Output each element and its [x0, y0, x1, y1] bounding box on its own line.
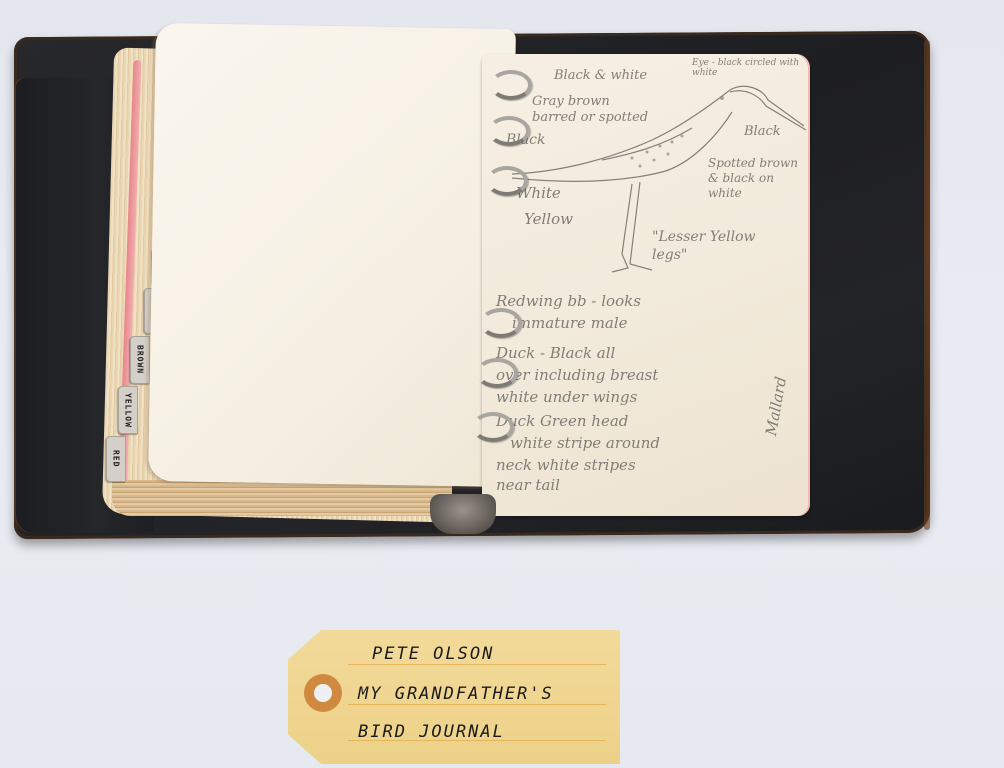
note-beak: Black	[744, 124, 781, 139]
journal-line: immature male	[512, 314, 628, 332]
journal-line: over including breast	[496, 366, 658, 384]
note-head: Black & white	[554, 68, 647, 83]
note-eye: Eye - black circled with white	[692, 58, 802, 78]
index-tab-yellow[interactable]: YELLOW	[118, 386, 138, 434]
paper-tag: PETE OLSON MY GRANDFATHER'S BIRD JOURNAL	[288, 630, 620, 764]
journal-line: neck white stripes	[496, 456, 636, 474]
cover-worn-edge	[924, 40, 930, 530]
tag-rule	[348, 664, 606, 665]
journal-line: near tail	[496, 476, 560, 494]
journal-line: white stripe around	[510, 434, 660, 452]
journal-line: Duck - Black all	[496, 344, 615, 362]
tag-rule	[348, 704, 606, 705]
tag-line-name: PETE OLSON	[372, 644, 494, 664]
binder-ring-icon	[472, 412, 514, 442]
journal-line: Redwing bb - looks	[496, 292, 641, 310]
note-legs: Yellow	[524, 210, 573, 228]
binder-ring-icon	[488, 116, 530, 146]
index-tab-brown[interactable]: BROWN	[130, 336, 150, 384]
journal-line: Duck Green head	[496, 412, 628, 430]
binder-ring-icon	[476, 358, 518, 388]
left-blank-page[interactable]	[148, 23, 516, 487]
metal-clasp	[430, 494, 496, 534]
tag-eyelet-icon	[304, 674, 342, 712]
index-tab-red[interactable]: RED	[106, 436, 126, 482]
note-back: Gray brown barred or spotted	[532, 94, 652, 126]
journal-line: white under wings	[496, 388, 637, 406]
tag-line-title: MY GRANDFATHER'S	[358, 684, 554, 704]
page-block-bottom	[112, 480, 452, 516]
note-breast: Spotted brown & black on white	[708, 156, 808, 201]
photo-scene: MISC NOTES BLK GREEN BROWN YELLOW RED Ey…	[0, 0, 1004, 768]
margin-note-mallard: Mallard	[762, 375, 790, 437]
binder-ring-icon	[490, 70, 532, 100]
tag-line-subtitle: BIRD JOURNAL	[358, 722, 505, 742]
binder-ring-icon	[486, 166, 528, 196]
right-journal-page: Eye - black circled with white Black & w…	[482, 54, 810, 516]
sketch-caption: "Lesser Yellow legs"	[652, 228, 772, 264]
binder-ring-icon	[480, 308, 522, 338]
